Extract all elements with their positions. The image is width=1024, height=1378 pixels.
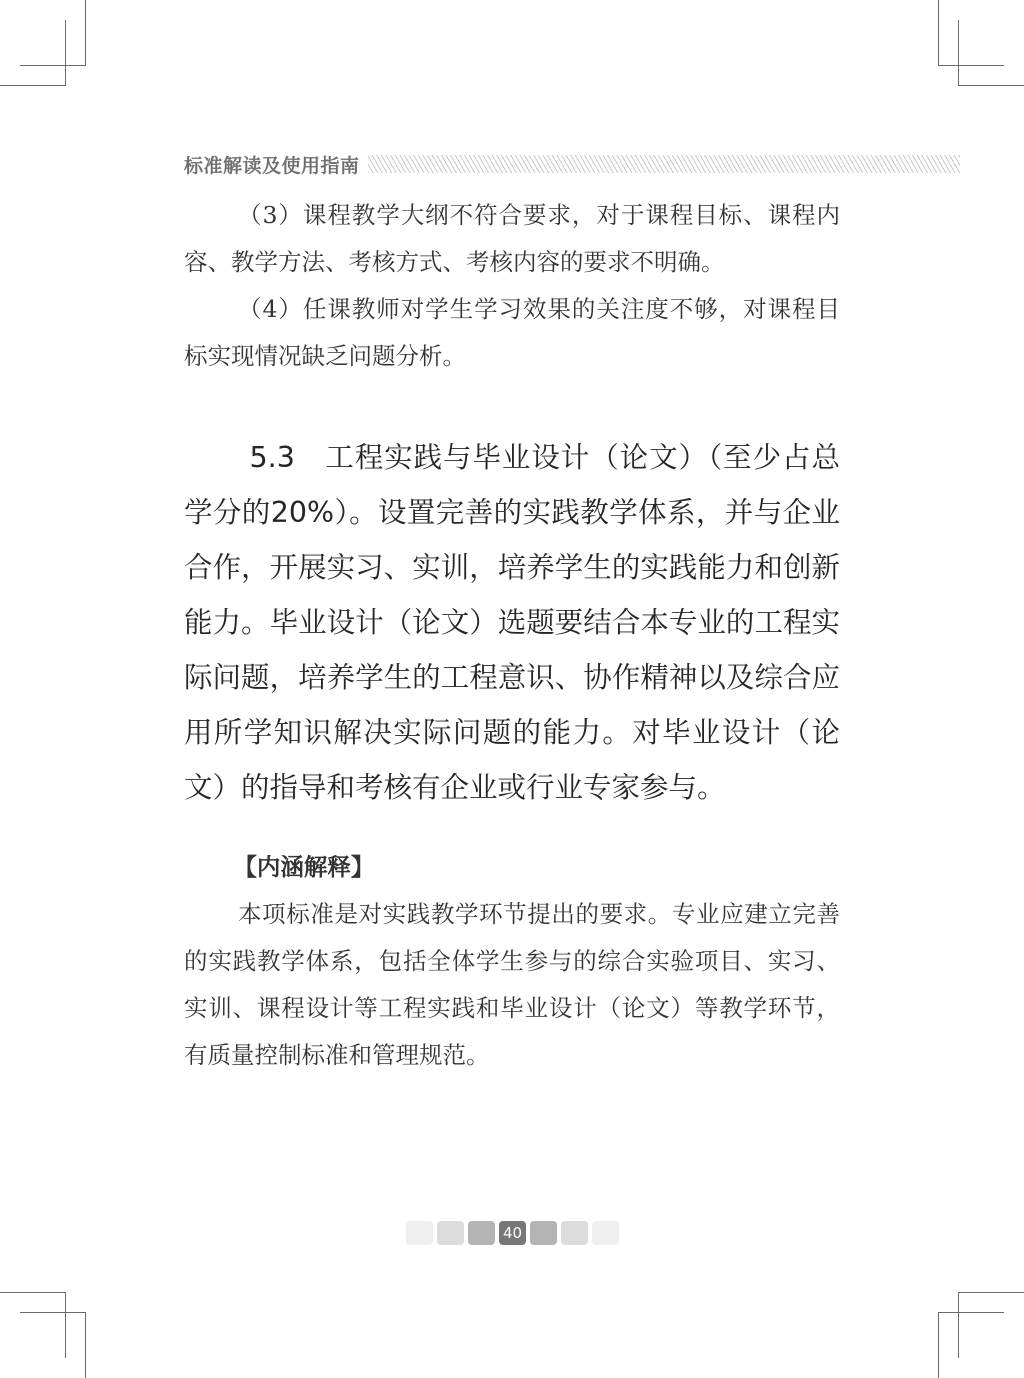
footer-decor-block <box>468 1221 495 1245</box>
footer-decor-block <box>530 1221 557 1245</box>
crop-mark <box>20 1312 86 1313</box>
page-body: （3）课程教学大纲不符合要求，对于课程目标、课程内容、教学方法、考核方式、考核内… <box>184 192 840 1079</box>
crop-mark <box>938 65 1004 66</box>
header-title: 标准解读及使用指南 <box>184 151 360 178</box>
footer-decor-block <box>592 1221 619 1245</box>
crop-mark <box>958 1292 959 1358</box>
page-number-footer: 40 <box>406 1221 619 1245</box>
crop-mark <box>958 20 959 85</box>
crop-mark <box>938 1312 1004 1313</box>
interpretation-text: 本项标准是对实践教学环节提出的要求。专业应建立完善的实践教学体系，包括全体学生参… <box>184 891 840 1079</box>
crop-mark <box>65 20 66 85</box>
footer-decor-block <box>406 1221 433 1245</box>
running-header: 标准解读及使用指南 <box>184 150 960 178</box>
header-hatch-rule <box>368 155 960 173</box>
footer-decor-block <box>561 1221 588 1245</box>
crop-mark <box>0 1292 66 1293</box>
crop-mark <box>958 1292 1024 1293</box>
standard-5-3: 5.3 工程实践与毕业设计（论文）（至少占总学分的20%）。设置完善的实践教学体… <box>184 430 840 815</box>
crop-mark <box>85 1312 86 1378</box>
crop-mark <box>85 0 86 65</box>
page-number: 40 <box>499 1221 526 1245</box>
footer-decor-block <box>437 1221 464 1245</box>
crop-mark <box>938 0 939 65</box>
crop-mark <box>938 1312 939 1378</box>
list-item-4: （4）任课教师对学生学习效果的关注度不够，对课程目标实现情况缺乏问题分析。 <box>184 286 840 380</box>
crop-mark <box>958 85 1024 86</box>
crop-mark <box>0 85 66 86</box>
crop-mark <box>20 65 86 66</box>
interpretation-heading: 【内涵解释】 <box>184 844 840 891</box>
crop-mark <box>65 1292 66 1358</box>
list-item-3: （3）课程教学大纲不符合要求，对于课程目标、课程内容、教学方法、考核方式、考核内… <box>184 192 840 286</box>
